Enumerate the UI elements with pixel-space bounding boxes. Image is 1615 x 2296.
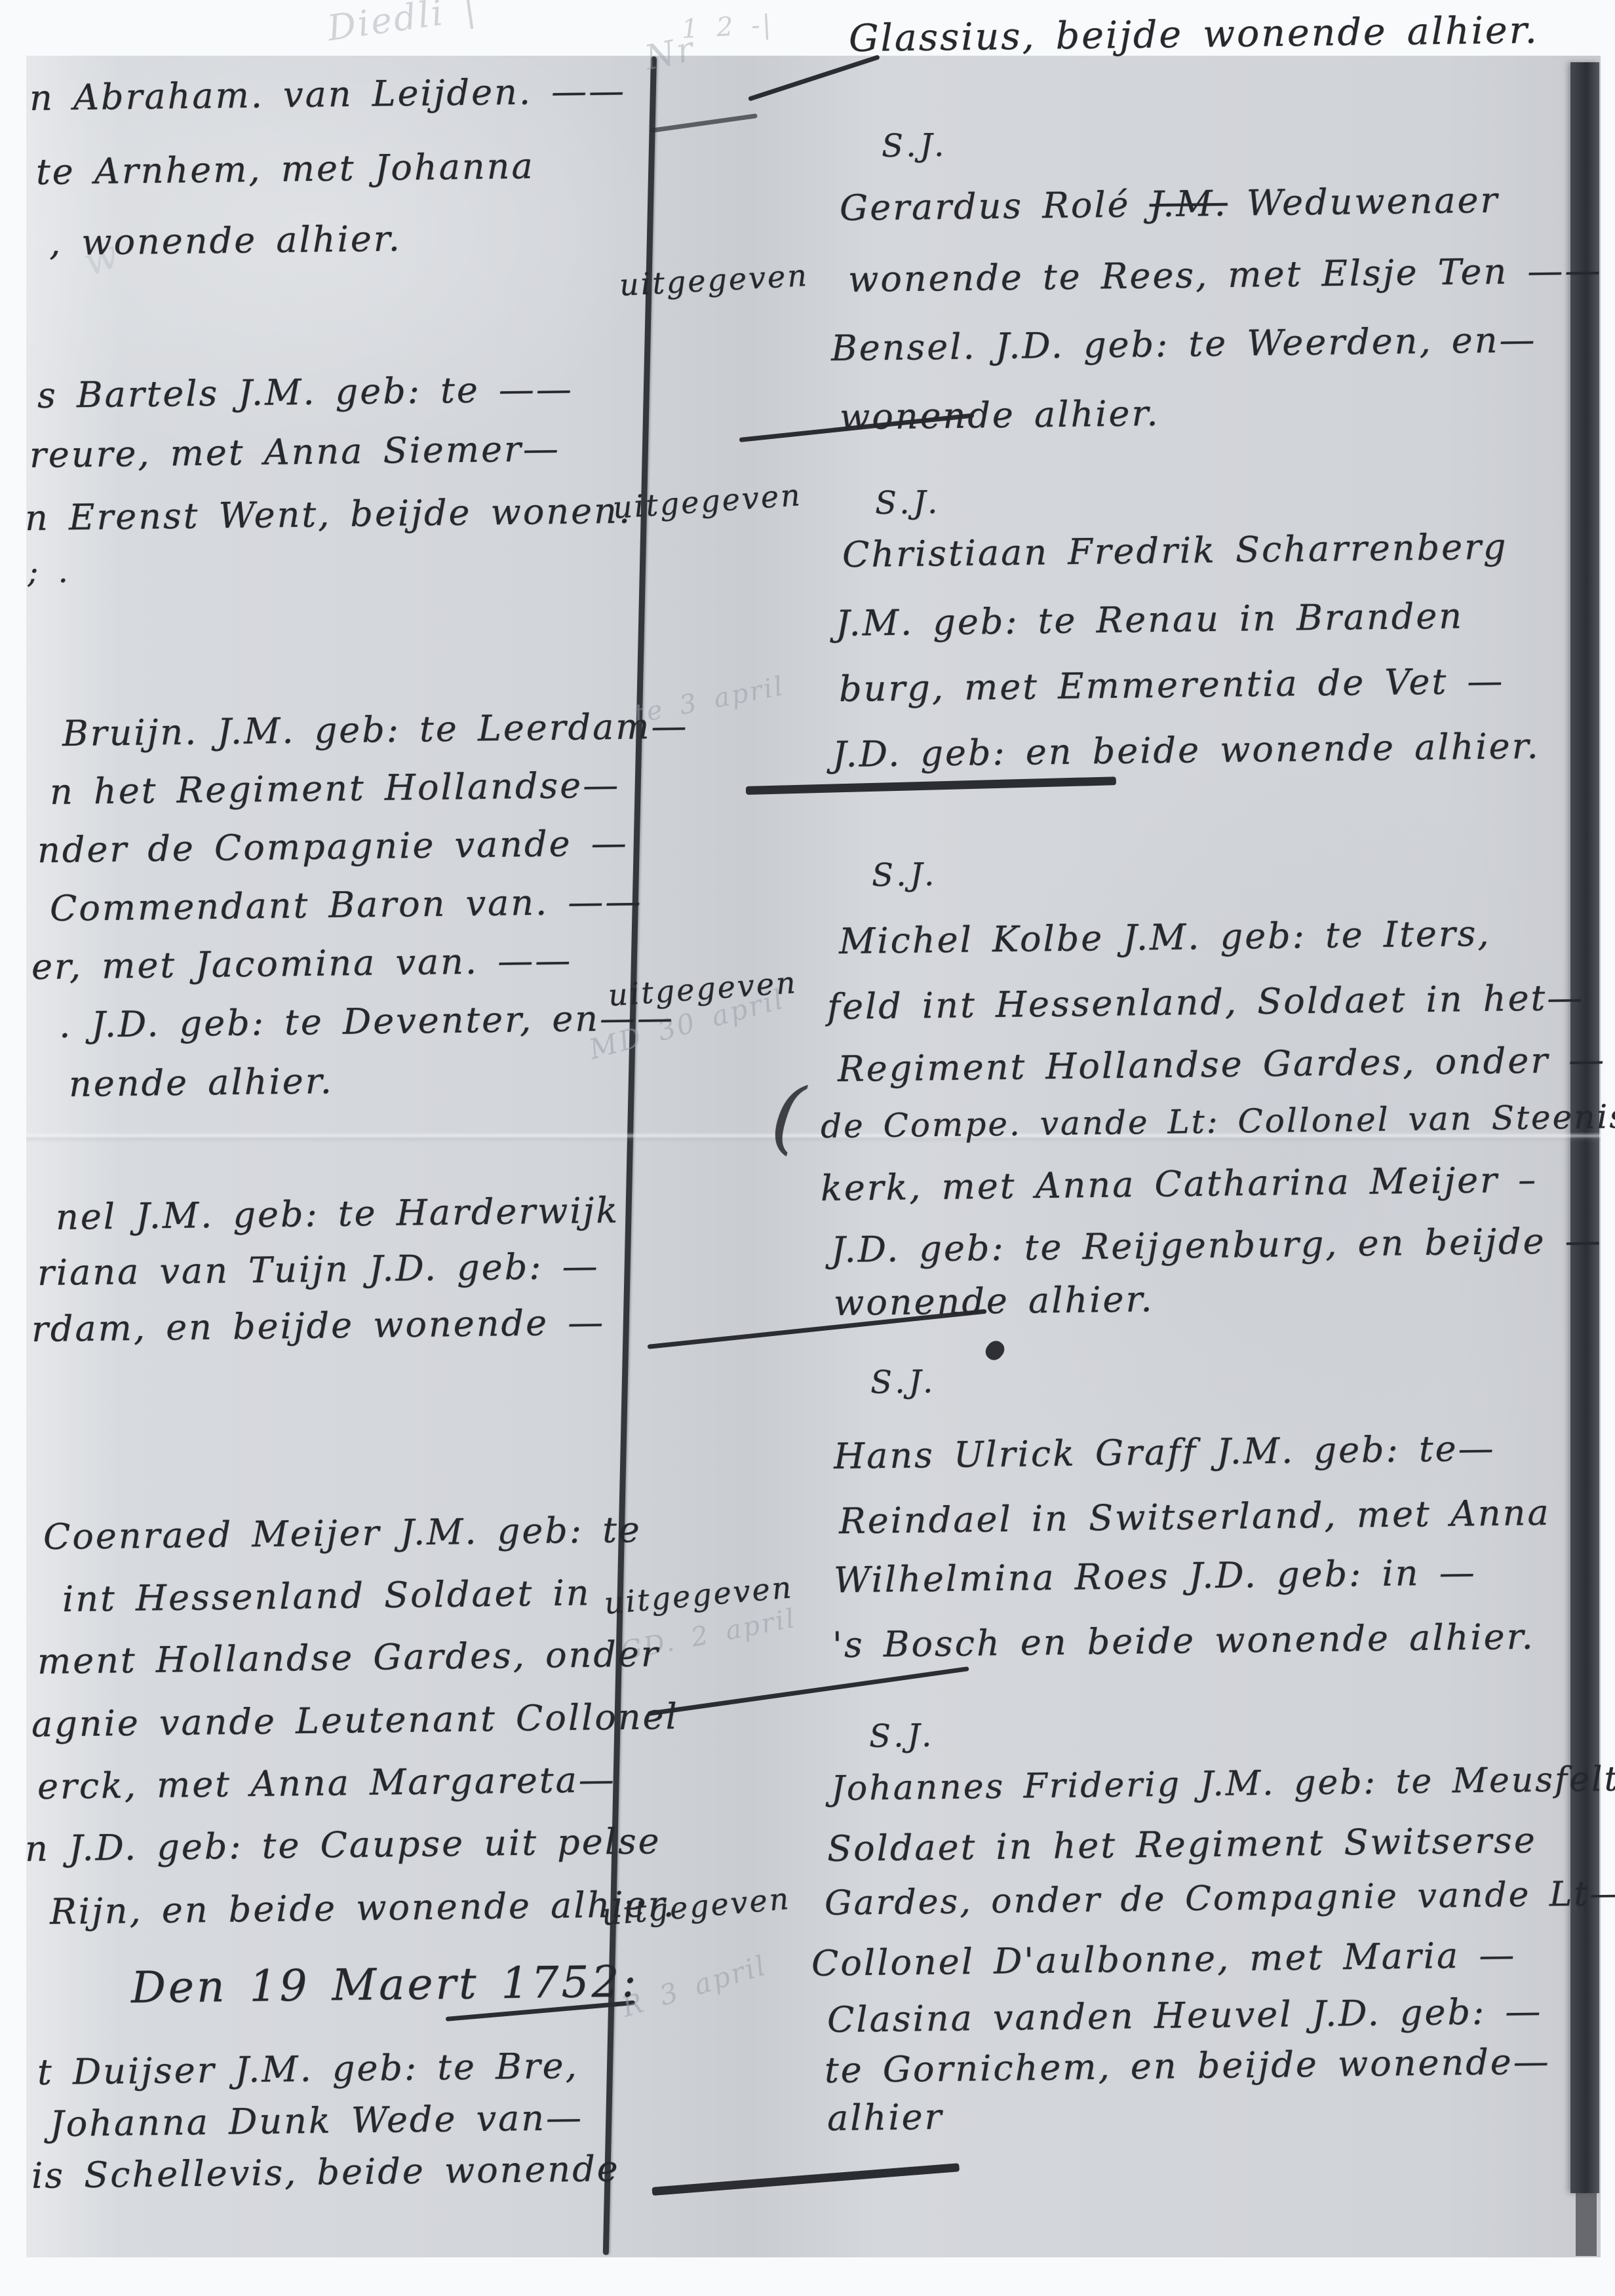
left-entry4-line3: rdam, en beijde wonende — bbox=[31, 1301, 606, 1350]
entry3-line1: Michel Kolbe J.M. geb: te Iters, bbox=[839, 913, 1491, 962]
groom-name: Gerardus Rolé bbox=[840, 183, 1150, 229]
left-entry6-line2: Johanna Dunk Wede van— bbox=[50, 2097, 584, 2145]
left-entry5-line2: int Hessenland Soldaet in bbox=[62, 1572, 591, 1620]
entry5-line5: Clasina vanden Heuvel J.D. geb: — bbox=[827, 1991, 1543, 2040]
entry2-sj-abbrev: S.J. bbox=[875, 484, 942, 522]
pencil-scribble-top-left: Diedli | bbox=[325, 0, 480, 49]
entry4-line4: 's Bosch en beide wonende alhier. bbox=[832, 1616, 1535, 1666]
left-entry5-line1: Coenraed Meijer J.M. geb: te bbox=[43, 1509, 642, 1558]
left-entry1-line2: te Arnhem, met Johanna bbox=[36, 145, 535, 193]
left-entry6-line1: t Duijser J.M. geb: te Bre, bbox=[37, 2045, 579, 2093]
left-entry1-line1: n Abraham. van Leijden. —— bbox=[29, 70, 627, 119]
struck-through-jm: J.M. bbox=[1149, 183, 1228, 225]
entry5-line7: alhier bbox=[827, 2096, 944, 2139]
book-spine-shadow-lower bbox=[1576, 2193, 1597, 2256]
left-entry1-line3: , wonende alhier. bbox=[49, 218, 402, 263]
left-entry3-line3: nder de Compagnie vande — bbox=[37, 822, 629, 871]
left-entry2-line1: s Bartels J.M. geb: te —— bbox=[37, 368, 574, 416]
left-entry5-line6: n J.D. geb: te Caupse uit pelse bbox=[25, 1820, 661, 1869]
left-entry6-line3: is Schellevis, beide wonende bbox=[31, 2148, 620, 2196]
left-entry3-line4: Commendant Baron van. —— bbox=[50, 881, 643, 929]
entry2-line3: burg, met Emmerentia de Vet — bbox=[839, 660, 1505, 710]
entry5-sj-abbrev: S.J. bbox=[869, 1717, 936, 1755]
entry3-line5: kerk, met Anna Catharina Meijer – bbox=[821, 1159, 1538, 1209]
entry5-line4: Collonel D'aulbonne, met Maria — bbox=[811, 1934, 1517, 1984]
date-heading-year: 1752: bbox=[501, 1957, 639, 2009]
left-entry4-line1: nel J.M. geb: te Harderwijk bbox=[56, 1189, 620, 1238]
column-header-line: Glassius, beijde wonende alhier. bbox=[849, 9, 1539, 60]
left-entry3-line2: n het Regiment Hollandse— bbox=[50, 764, 621, 813]
left-entry2-line2: reure, met Anna Siemer— bbox=[29, 428, 561, 476]
entry1-line3: Bensel. J.D. geb: te Weerden, en— bbox=[831, 319, 1537, 369]
entry4-line2: Reindael in Switserland, met Anna bbox=[839, 1492, 1551, 1542]
entry2-line2: J.M. geb: te Renau in Branden bbox=[836, 595, 1464, 644]
left-entry2-line3: n Erenst Went, beijde wonen. bbox=[25, 490, 632, 539]
left-entry3-line1: Bruijn. J.M. geb: te Leerdam— bbox=[62, 705, 689, 754]
entry1-sj-abbrev: S.J. bbox=[882, 127, 948, 164]
left-entry5-line3: ment Hollandse Gardes, onder bbox=[37, 1633, 660, 1682]
left-entry4-line2: riana van Tuijn J.D. geb: — bbox=[37, 1246, 600, 1293]
groom-status: Weduwenaer bbox=[1227, 180, 1499, 224]
left-entry5-line7: Rijn, en beide wonende alhier. bbox=[50, 1883, 676, 1932]
entry3-sj-abbrev: S.J. bbox=[872, 856, 939, 894]
entry2-line4: J.D. geb: en beide wonende alhier. bbox=[832, 725, 1540, 775]
entry3-line7: wonende alhier. bbox=[834, 1278, 1154, 1324]
left-entry2-fragment: ; . bbox=[28, 553, 70, 590]
left-entry5-line4: agnie vande Leutenant Collonel bbox=[31, 1696, 680, 1745]
entry1-line1: Gerardus Rolé J.M. Weduwenaer bbox=[840, 180, 1500, 229]
pencil-tick-marks: 1 2 -| bbox=[681, 10, 774, 45]
date-heading-text: Den 19 Maert bbox=[131, 1958, 501, 2013]
left-entry3-line7: nende alhier. bbox=[69, 1060, 334, 1105]
date-heading: Den 19 Maert 1752: bbox=[131, 1957, 640, 2013]
entry2-line1: Christiaan Fredrik Scharrenberg bbox=[842, 526, 1508, 575]
left-entry3-line5: er, met Jacomina van. —— bbox=[31, 940, 573, 987]
entry5-line2: Soldaet in het Regiment Switserse bbox=[827, 1820, 1537, 1869]
left-entry5-line5: erck, met Anna Margareta— bbox=[37, 1759, 616, 1807]
left-entry3-line6: . J.D. geb: te Deventer, en—— bbox=[59, 997, 675, 1046]
entry4-sj-abbrev: S.J. bbox=[870, 1364, 937, 1401]
entry4-line3: Wilhelmina Roes J.D. geb: in — bbox=[834, 1552, 1477, 1601]
entry4-line1: Hans Ulrick Graff J.M. geb: te— bbox=[834, 1428, 1496, 1477]
entry1-line4: wonende alhier. bbox=[840, 392, 1160, 438]
